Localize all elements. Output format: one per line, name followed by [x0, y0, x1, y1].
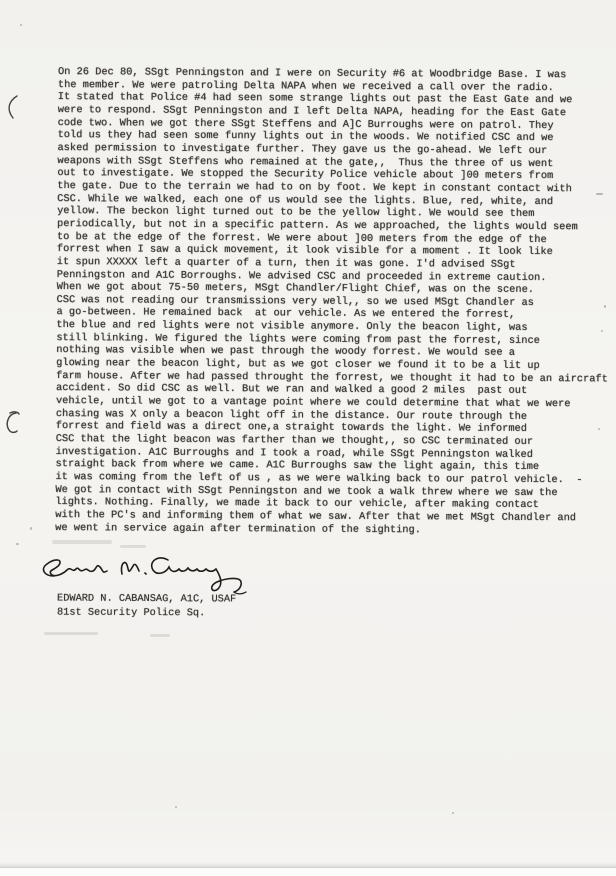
- noise-speck: [20, 24, 22, 26]
- noise-speck: [604, 305, 606, 308]
- paper: On 26 Dec 80, SSgt Penningston and I wer…: [0, 0, 616, 876]
- pencil-smudge: [52, 540, 112, 544]
- handwritten-paren-mark: [4, 94, 22, 127]
- pencil-smudge: [120, 545, 146, 548]
- pencil-smudge: [150, 634, 170, 637]
- typed-name: EDWARD N. CABANSAG, A1C, USAF: [57, 593, 236, 608]
- handwritten-c-mark: [3, 410, 23, 445]
- signature-block: EDWARD N. CABANSAG, A1C, USAF 81st Secur…: [57, 593, 236, 621]
- scan-edge-strip: [0, 867, 616, 876]
- noise-speck: [175, 806, 177, 808]
- scanned-document-page: { "page": { "kind": "scanned typewritten…: [0, 0, 616, 876]
- noise-speck: [598, 428, 600, 430]
- pencil-smudge: [44, 632, 98, 635]
- noise-speck: [601, 330, 603, 332]
- noise-speck: [16, 543, 19, 545]
- noise-speck: [596, 193, 603, 195]
- typed-unit: 81st Security Police Sq.: [57, 606, 236, 621]
- noise-speck: [452, 812, 454, 814]
- statement-text: On 26 Dec 80, SSgt Penningston and I wer…: [55, 66, 616, 538]
- noise-speck: [30, 527, 32, 530]
